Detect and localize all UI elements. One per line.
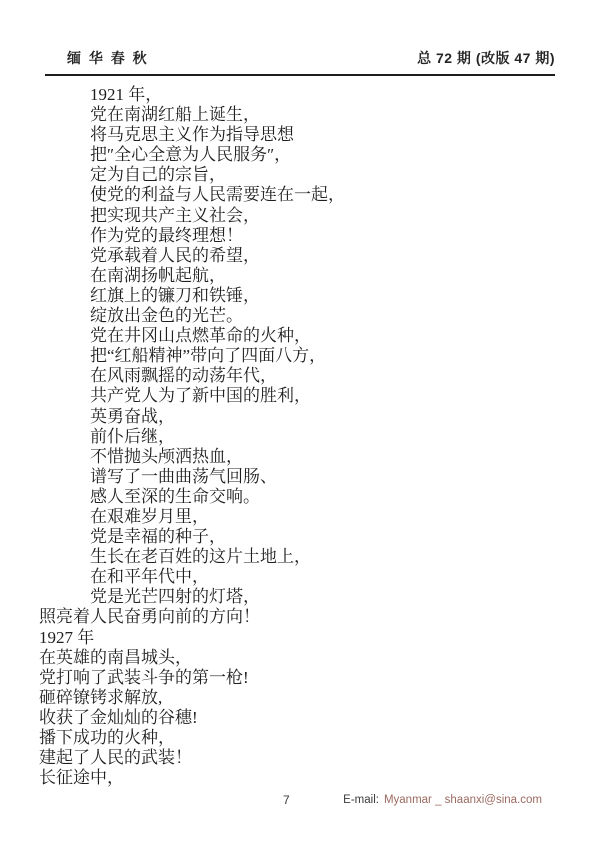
poem-line: 党是光芒四射的灯塔， [39,587,570,607]
poem-line: 砸碎镣铐求解放, [39,688,570,708]
poem-line: 在英雄的南昌城头， [39,648,570,668]
poem-line: 生长在老百姓的这片土地上， [39,547,570,567]
poem-line: 不惜抛头颅洒热血， [39,447,570,467]
page-header: 缅 华 春 秋 总 72 期 (改版 47 期) [45,48,555,76]
poem-line: 党在南湖红船上诞生， [39,105,570,125]
poem-line: 把“红船精神”带向了四面八方， [39,346,570,366]
poem-line: 使党的利益与人民需要连在一起， [39,185,570,205]
issue-info: 总 72 期 (改版 47 期) [417,48,555,68]
email-label: E-mail: [343,794,379,806]
email-address: Myanmar _ shaanxi@sina.com [384,794,542,806]
journal-title: 缅 华 春 秋 [45,48,149,68]
poem-line: 在艰难岁月里， [39,507,570,527]
poem-line: 党承载着人民的希望， [39,246,570,266]
poem-line: 党打响了武装斗争的第一枪! [39,668,570,688]
poem-line: 把″全心全意为人民服务″， [39,145,570,165]
poem-line: 在风雨飘摇的动荡年代， [39,366,570,386]
poem-line: 在南湖扬帆起航， [39,266,570,286]
poem-line: 1921 年， [39,85,570,105]
poem-line: 收获了金灿灿的谷穗! [39,708,570,728]
page-footer: 7 E-mail:Myanmar _ shaanxi@sina.com [0,793,600,811]
poem-line: 定为自己的宗旨， [39,165,570,185]
document-page: 缅 华 春 秋 总 72 期 (改版 47 期) 1921 年，党在南湖红船上诞… [0,0,600,848]
poem-line: 长征途中， [39,768,570,788]
poem-line: 将马克思主义作为指导思想 [39,125,570,145]
poem-line: 在和平年代中， [39,567,570,587]
poem-line: 感人至深的生命交响。 [39,487,570,507]
poem-line: 建起了人民的武装！ [39,748,570,768]
poem-line: 英勇奋战， [39,407,570,427]
poem-line: 前仆后继， [39,427,570,447]
poem-line: 党在井冈山点燃革命的火种， [39,326,570,346]
poem-line: 播下成功的火种， [39,728,570,748]
poem-line: 绽放出金色的光芒。 [39,306,570,326]
poem-line: 把实现共产主义社会， [39,206,570,226]
email-line: E-mail:Myanmar _ shaanxi@sina.com [343,794,542,806]
poem-line: 共产党人为了新中国的胜利， [39,386,570,406]
poem-line: 红旗上的镰刀和铁锤， [39,286,570,306]
poem-line: 照亮着人民奋勇向前的方向！ [39,607,570,627]
page-number: 7 [283,793,290,807]
poem-line: 作为党的最终理想！ [39,226,570,246]
poem-line: 党是幸福的种子， [39,527,570,547]
poem-line: 谱写了一曲曲荡气回肠、 [39,467,570,487]
poem: 1921 年，党在南湖红船上诞生，将马克思主义作为指导思想把″全心全意为人民服务… [39,85,570,788]
poem-line: 1927 年 [39,628,570,648]
